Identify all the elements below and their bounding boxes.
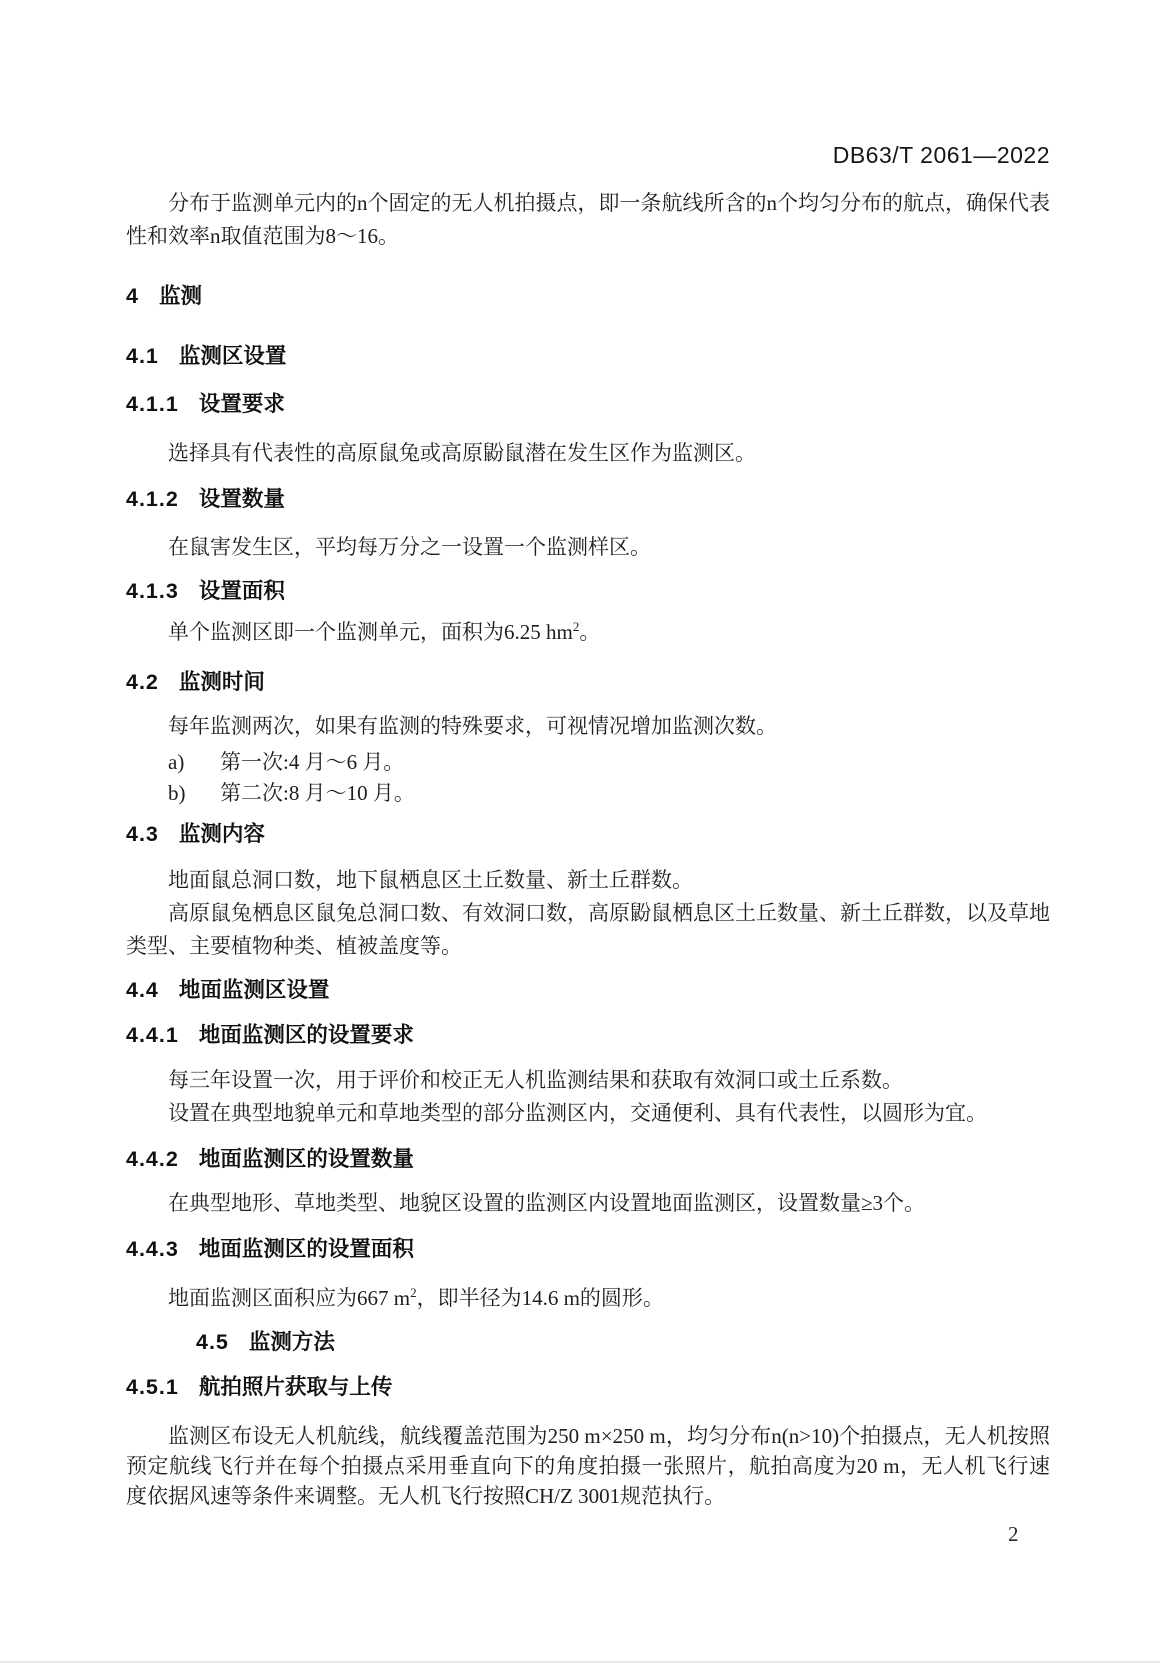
section-title: 设置要求: [199, 392, 285, 416]
list-item-text: 第一次:4 月～6 月。: [220, 750, 404, 774]
paragraph-text: 单个监测区即一个监测单元，面积为6.25 hm: [168, 620, 573, 644]
section-title: 地面监测区设置: [179, 978, 330, 1002]
section-title: 设置面积: [199, 579, 285, 603]
list-item-text: 第二次:8 月～10 月。: [220, 781, 415, 805]
intro-paragraph: 分布于监测单元内的n个固定的无人机拍摄点，即一条航线所含的n个均匀分布的航点，确…: [126, 187, 1050, 253]
section-heading-4-4-1: 4.4.1地面监测区的设置要求: [126, 1022, 1050, 1048]
paragraph-4-2: 每年监测两次，如果有监测的特殊要求，可视情况增加监测次数。: [126, 710, 1050, 743]
section-number: 4.4.3: [126, 1236, 179, 1262]
paragraph-4-4-2: 在典型地形、草地类型、地貌区设置的监测区内设置地面监测区，设置数量≥3个。: [126, 1187, 1050, 1220]
section-title: 监测内容: [179, 822, 265, 846]
paragraph-4-1-1: 选择具有代表性的高原鼠兔或高原鼢鼠潜在发生区作为监测区。: [126, 437, 1050, 470]
section-heading-4-4-3: 4.4.3地面监测区的设置面积: [126, 1236, 1050, 1262]
paragraph-text: 。: [579, 620, 600, 644]
section-title: 监测区设置: [179, 344, 287, 368]
section-number: 4.3: [126, 821, 159, 847]
section-title: 监测时间: [179, 670, 265, 694]
section-heading-4-1-1: 4.1.1设置要求: [126, 391, 1050, 417]
section-number: 4.4.1: [126, 1022, 179, 1048]
section-heading-4-1: 4.1监测区设置: [126, 343, 1050, 369]
paragraph-4-1-3: 单个监测区即一个监测单元，面积为6.25 hm2。: [126, 616, 1050, 649]
section-title: 监测: [159, 284, 202, 308]
section-heading-4-1-3: 4.1.3设置面积: [126, 578, 1050, 604]
section-title: 航拍照片获取与上传: [199, 1375, 393, 1399]
section-title: 地面监测区的设置要求: [199, 1023, 414, 1047]
section-heading-4-1-2: 4.1.2设置数量: [126, 486, 1050, 512]
section-heading-4: 4监测: [126, 283, 1050, 309]
section-title: 监测方法: [249, 1330, 335, 1354]
section-title: 设置数量: [199, 487, 285, 511]
section-heading-4-4-2: 4.4.2地面监测区的设置数量: [126, 1146, 1050, 1172]
list-item-a: a)第一次:4 月～6 月。: [126, 746, 1050, 779]
section-title: 地面监测区的设置面积: [199, 1237, 414, 1261]
paragraph-text: 地面监测区面积应为667 m: [168, 1286, 410, 1310]
section-number: 4.1.1: [126, 391, 179, 417]
section-heading-4-5-1: 4.5.1航拍照片获取与上传: [126, 1374, 1050, 1400]
section-number: 4.1.2: [126, 486, 179, 512]
section-title: 地面监测区的设置数量: [199, 1147, 414, 1171]
list-item-marker: b): [168, 777, 220, 810]
section-heading-4-2: 4.2监测时间: [126, 669, 1050, 695]
section-number: 4.5: [196, 1329, 229, 1355]
section-number: 4.2: [126, 669, 159, 695]
page-number: 2: [1008, 1522, 1019, 1547]
paragraph-4-4-1-1: 每三年设置一次，用于评价和校正无人机监测结果和获取有效洞口或土丘系数。: [126, 1064, 1050, 1097]
document-page: DB63/T 2061—2022 分布于监测单元内的n个固定的无人机拍摄点，即一…: [0, 0, 1160, 1663]
section-number: 4.4.2: [126, 1146, 179, 1172]
section-number: 4.1: [126, 343, 159, 369]
section-heading-4-4: 4.4地面监测区设置: [126, 977, 1050, 1003]
paragraph-4-3-2: 高原鼠兔栖息区鼠兔总洞口数、有效洞口数，高原鼢鼠栖息区土丘数量、新土丘群数，以及…: [126, 897, 1050, 963]
list-item-marker: a): [168, 746, 220, 779]
section-number: 4.1.3: [126, 578, 179, 604]
paragraph-4-3-1: 地面鼠总洞口数，地下鼠栖息区土丘数量、新土丘群数。: [126, 864, 1050, 897]
paragraph-4-5-1: 监测区布设无人机航线，航线覆盖范围为250 m×250 m，均匀分布n(n>10…: [126, 1421, 1050, 1511]
doc-code-header: DB63/T 2061—2022: [126, 142, 1050, 169]
paragraph-4-4-1-2: 设置在典型地貌单元和草地类型的部分监测区内，交通便利、具有代表性，以圆形为宜。: [126, 1097, 1050, 1130]
section-number: 4.5.1: [126, 1374, 179, 1400]
paragraph-4-4-3: 地面监测区面积应为667 m2，即半径为14.6 m的圆形。: [126, 1282, 1050, 1315]
section-number: 4.4: [126, 977, 159, 1003]
section-number: 4: [126, 283, 139, 309]
section-heading-4-3: 4.3监测内容: [126, 821, 1050, 847]
section-heading-4-5: 4.5监测方法: [196, 1329, 1120, 1355]
paragraph-text: ，即半径为14.6 m的圆形。: [417, 1286, 664, 1310]
list-item-b: b)第二次:8 月～10 月。: [126, 777, 1050, 810]
paragraph-4-1-2: 在鼠害发生区，平均每万分之一设置一个监测样区。: [126, 531, 1050, 564]
